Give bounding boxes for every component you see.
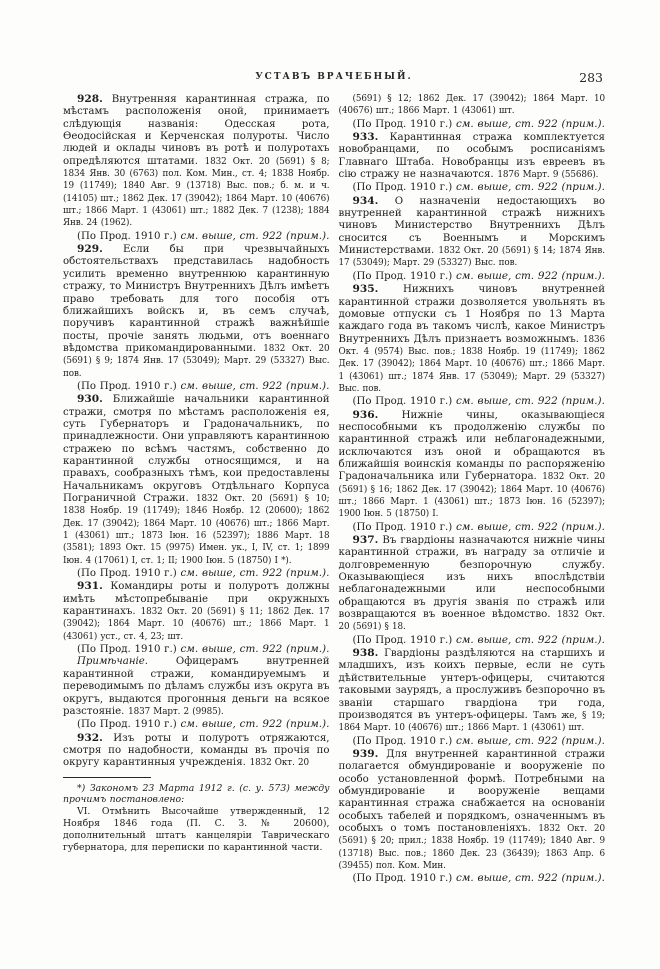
footnote-separator xyxy=(63,777,151,778)
article-number: 929. xyxy=(77,243,103,255)
continuation-reference: (По Прод. 1910 г.) см. выше, ст. 922 (пр… xyxy=(339,521,606,534)
running-title: УСТАВЪ ВРАЧЕБНЫЙ. xyxy=(63,72,605,82)
article-paragraph: 929. Если бы при чрезвычайныхъ обстоятел… xyxy=(63,243,330,380)
statute-refs: 1876 Март. 9 (55686). xyxy=(497,170,598,180)
article-number: 935. xyxy=(353,283,379,295)
statute-refs: 1832 Окт. 20 (5691) § 8; 1834 Янв. 30 (6… xyxy=(63,157,330,229)
footnote-source-line: *) Закономъ 23 Марта 1912 г. (с. у. 573)… xyxy=(63,783,330,807)
prod-lead: (По Прод. 1910 г.) xyxy=(77,231,177,242)
prod-italic: см. выше, ст. 922 (прим.). xyxy=(180,718,329,730)
article-paragraph: 932. Изъ роты и полуротъ отряжаются, смо… xyxy=(63,732,330,770)
article-text: Если бы при чрезвычайныхъ обстоятельства… xyxy=(63,244,330,354)
article-paragraph: 930. Ближайшіе начальники карантинной ст… xyxy=(63,393,330,567)
prod-lead: (По Прод. 1910 г.) xyxy=(353,182,453,193)
footnote: *) Закономъ 23 Марта 1912 г. (с. у. 573)… xyxy=(63,777,330,854)
running-head: УСТАВЪ ВРАЧЕБНЫЙ. 283 xyxy=(63,72,605,88)
prod-italic: см. выше, ст. 922 (прим.). xyxy=(456,395,605,407)
prod-italic: см. выше, ст. 922 (прим.). xyxy=(456,872,605,884)
continuation-reference: (По Прод. 1910 г.) см. выше, ст. 922 (пр… xyxy=(63,230,330,243)
continuation-reference: (По Прод. 1910 г.) см. выше, ст. 922 (пр… xyxy=(339,735,606,748)
article-paragraph: 935. Нижнихъ чиновъ внутренней карантинн… xyxy=(339,283,606,395)
prod-italic: см. выше, ст. 922 (прим.). xyxy=(180,230,329,242)
document-page: УСТАВЪ ВРАЧЕБНЫЙ. 283 928. Внутренняя ка… xyxy=(0,0,660,969)
article-number: 931. xyxy=(77,580,103,592)
prod-italic: см. выше, ст. 922 (прим.). xyxy=(456,118,605,130)
prod-lead: (По Прод. 1910 г.) xyxy=(353,119,453,130)
column-left: 928. Внутренняя карантинная стража, по м… xyxy=(63,93,330,959)
continuation-reference: (По Прод. 1910 г.) см. выше, ст. 922 (пр… xyxy=(63,643,330,656)
article-paragraph: 937. Въ гвардіоны назначаются нижніе чин… xyxy=(339,534,606,634)
prod-italic: см. выше, ст. 922 (прим.). xyxy=(456,521,605,533)
statute-refs-continuation: (5691) § 12; 1862 Дек. 17 (39042); 1864 … xyxy=(339,93,606,118)
prod-lead: (По Прод. 1910 г.) xyxy=(353,522,453,533)
continuation-reference: (По Прод. 1910 г.) см. выше, ст. 922 (пр… xyxy=(339,181,606,194)
note-label: Примѣчаніе. xyxy=(77,656,148,667)
prod-italic: см. выше, ст. 922 (прим.). xyxy=(456,270,605,282)
prod-italic: см. выше, ст. 922 (прим.). xyxy=(456,181,605,193)
article-number: 933. xyxy=(353,131,379,143)
statute-refs: 1832 Окт. 20 xyxy=(250,758,309,768)
prod-italic: см. выше, ст. 922 (прим.). xyxy=(456,634,605,646)
article-paragraph: 938. Гвардіоны раздѣляются на старшихъ и… xyxy=(339,647,606,734)
note-paragraph: Примѣчаніе. Офицерамъ внутренней каранти… xyxy=(63,656,330,718)
prod-lead: (По Прод. 1910 г.) xyxy=(353,736,453,747)
article-text: Въ гвардіоны назначаются нижніе чины кар… xyxy=(339,535,606,620)
prod-lead: (По Прод. 1910 г.) xyxy=(353,396,453,407)
text-columns: 928. Внутренняя карантинная стража, по м… xyxy=(63,93,605,959)
statute-refs: 1837 Март. 2 (9985). xyxy=(128,707,223,717)
article-number: 937. xyxy=(353,534,379,546)
article-number: 936. xyxy=(353,409,379,421)
column-right-flow: (5691) § 12; 1862 Дек. 17 (39042); 1864 … xyxy=(339,93,606,886)
prod-lead: (По Прод. 1910 г.) xyxy=(77,381,177,392)
continuation-reference: (По Прод. 1910 г.) см. выше, ст. 922 (пр… xyxy=(339,872,606,885)
article-paragraph: 933. Карантинная стража комплектуется но… xyxy=(339,131,606,181)
article-paragraph: 931. Командиры роты и полуротъ должны им… xyxy=(63,580,330,643)
article-text: Ближайшіе начальники карантинной стражи,… xyxy=(63,394,330,504)
continuation-reference: (По Прод. 1910 г.) см. выше, ст. 922 (пр… xyxy=(63,380,330,393)
prod-lead: (По Прод. 1910 г.) xyxy=(353,271,453,282)
article-number: 928. xyxy=(77,93,103,105)
article-number: 930. xyxy=(77,393,103,405)
continuation-reference: (По Прод. 1910 г.) см. выше, ст. 922 (пр… xyxy=(339,118,606,131)
article-text: Нижнихъ чиновъ внутренней карантинной ст… xyxy=(339,284,606,344)
continuation-reference: (По Прод. 1910 г.) см. выше, ст. 922 (пр… xyxy=(63,567,330,580)
continuation-reference: (По Прод. 1910 г.) см. выше, ст. 922 (пр… xyxy=(339,395,606,408)
column-left-flow: 928. Внутренняя карантинная стража, по м… xyxy=(63,93,330,770)
page-number: 283 xyxy=(579,70,603,85)
prod-lead: (По Прод. 1910 г.) xyxy=(77,719,177,730)
article-text: Для внутренней карантинной стражи полага… xyxy=(339,749,606,834)
article-number: 932. xyxy=(77,732,103,744)
article-paragraph: 936. Нижніе чины, оказывающіеся неспособ… xyxy=(339,409,606,521)
continuation-reference: (По Прод. 1910 г.) см. выше, ст. 922 (пр… xyxy=(63,718,330,731)
prod-lead: (По Прод. 1910 г.) xyxy=(77,568,177,579)
prod-italic: см. выше, ст. 922 (прим.). xyxy=(456,735,605,747)
prod-italic: см. выше, ст. 922 (прим.). xyxy=(180,643,329,655)
article-paragraph: 939. Для внутренней карантинной стражи п… xyxy=(339,748,606,872)
continuation-reference: (По Прод. 1910 г.) см. выше, ст. 922 (пр… xyxy=(339,634,606,647)
prod-lead: (По Прод. 1910 г.) xyxy=(77,644,177,655)
article-paragraph: 934. О назначеніи недостающихъ во внутре… xyxy=(339,195,606,270)
statute-refs: 1832 Окт. 20 (5691) § 10; 1838 Ноябр. 19… xyxy=(63,494,330,566)
footnote-body: VI. Отмѣнить Высочайше утвержденный, 12 … xyxy=(63,806,330,854)
prod-lead: (По Прод. 1910 г.) xyxy=(353,873,453,884)
article-number: 939. xyxy=(353,748,379,760)
continuation-reference: (По Прод. 1910 г.) см. выше, ст. 922 (пр… xyxy=(339,270,606,283)
article-number: 938. xyxy=(353,647,379,659)
column-right: (5691) § 12; 1862 Дек. 17 (39042); 1864 … xyxy=(339,93,606,959)
article-number: 934. xyxy=(353,195,379,207)
prod-lead: (По Прод. 1910 г.) xyxy=(353,635,453,646)
statute-refs: (5691) § 12; 1862 Дек. 17 (39042); 1864 … xyxy=(339,94,606,116)
article-paragraph: 928. Внутренняя карантинная стража, по м… xyxy=(63,93,330,230)
prod-italic: см. выше, ст. 922 (прим.). xyxy=(180,567,329,579)
prod-italic: см. выше, ст. 922 (прим.). xyxy=(180,380,329,392)
